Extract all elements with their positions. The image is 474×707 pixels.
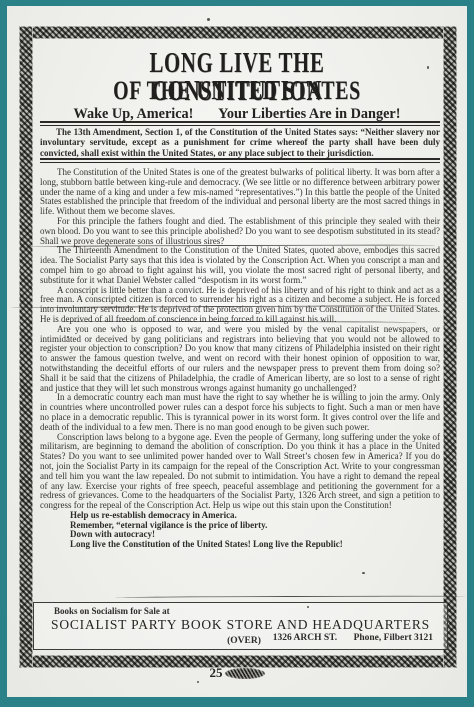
body-paragraph: The Constitution of the United States is… [40,168,440,217]
slogan-line: Long live the Constitution of the United… [70,540,440,550]
body-text: The Constitution of the United States is… [40,168,440,550]
store-name: SOCIALIST PARTY BOOK STORE AND HEADQUART… [34,617,447,633]
body-paragraph: Conscription laws belong to a bygone age… [40,433,440,511]
page-number: 25 [210,665,223,681]
body-paragraph: Are you one who is opposed to war, and w… [40,325,440,394]
pen-strike-mark [115,595,465,599]
ornamental-border-right [443,26,457,668]
books-for-sale-label: Books on Socialism for Sale at [54,606,170,616]
body-paragraph: The Thirteenth Amendment to the Constitu… [40,246,440,285]
over-label: (OVER) [184,636,304,646]
body-paragraph: For this principle the fathers fought an… [40,217,440,246]
scan-speck [207,18,210,21]
scan-speck [175,55,177,57]
headline-line2: OF THE UNITED STATES [62,78,412,104]
leaflet-paper: LONG LIVE THE CONSTITUTION OF THE UNITED… [7,6,467,697]
ornamental-border-top [19,26,457,39]
scan-speck [307,606,309,608]
amendment-quote: The 13th Amendment, Section 1, of the Co… [40,127,440,158]
scan-speck [362,572,365,574]
page-number-row: 25 [7,665,467,681]
ornamental-border-left [19,26,33,668]
scanned-leaflet-page: { "colors": { "frame_teal": "#2a8187", "… [0,0,474,707]
store-phone: Phone, Filbert 3121 [354,633,433,643]
bookstore-ad-box: Books on Socialism for Sale at SOCIALIST… [33,602,448,650]
body-paragraph: In a democratic country each man must ha… [40,393,440,432]
leaf-ornament-icon [225,668,265,679]
scan-speck [67,336,69,338]
double-rule-bottom [40,158,440,163]
slogan-list: Help us re-establish democracy in Americ… [70,511,440,550]
scan-speck [389,252,391,254]
scan-speck [427,66,429,69]
double-rule-top [40,121,440,126]
scan-speck [197,681,199,683]
